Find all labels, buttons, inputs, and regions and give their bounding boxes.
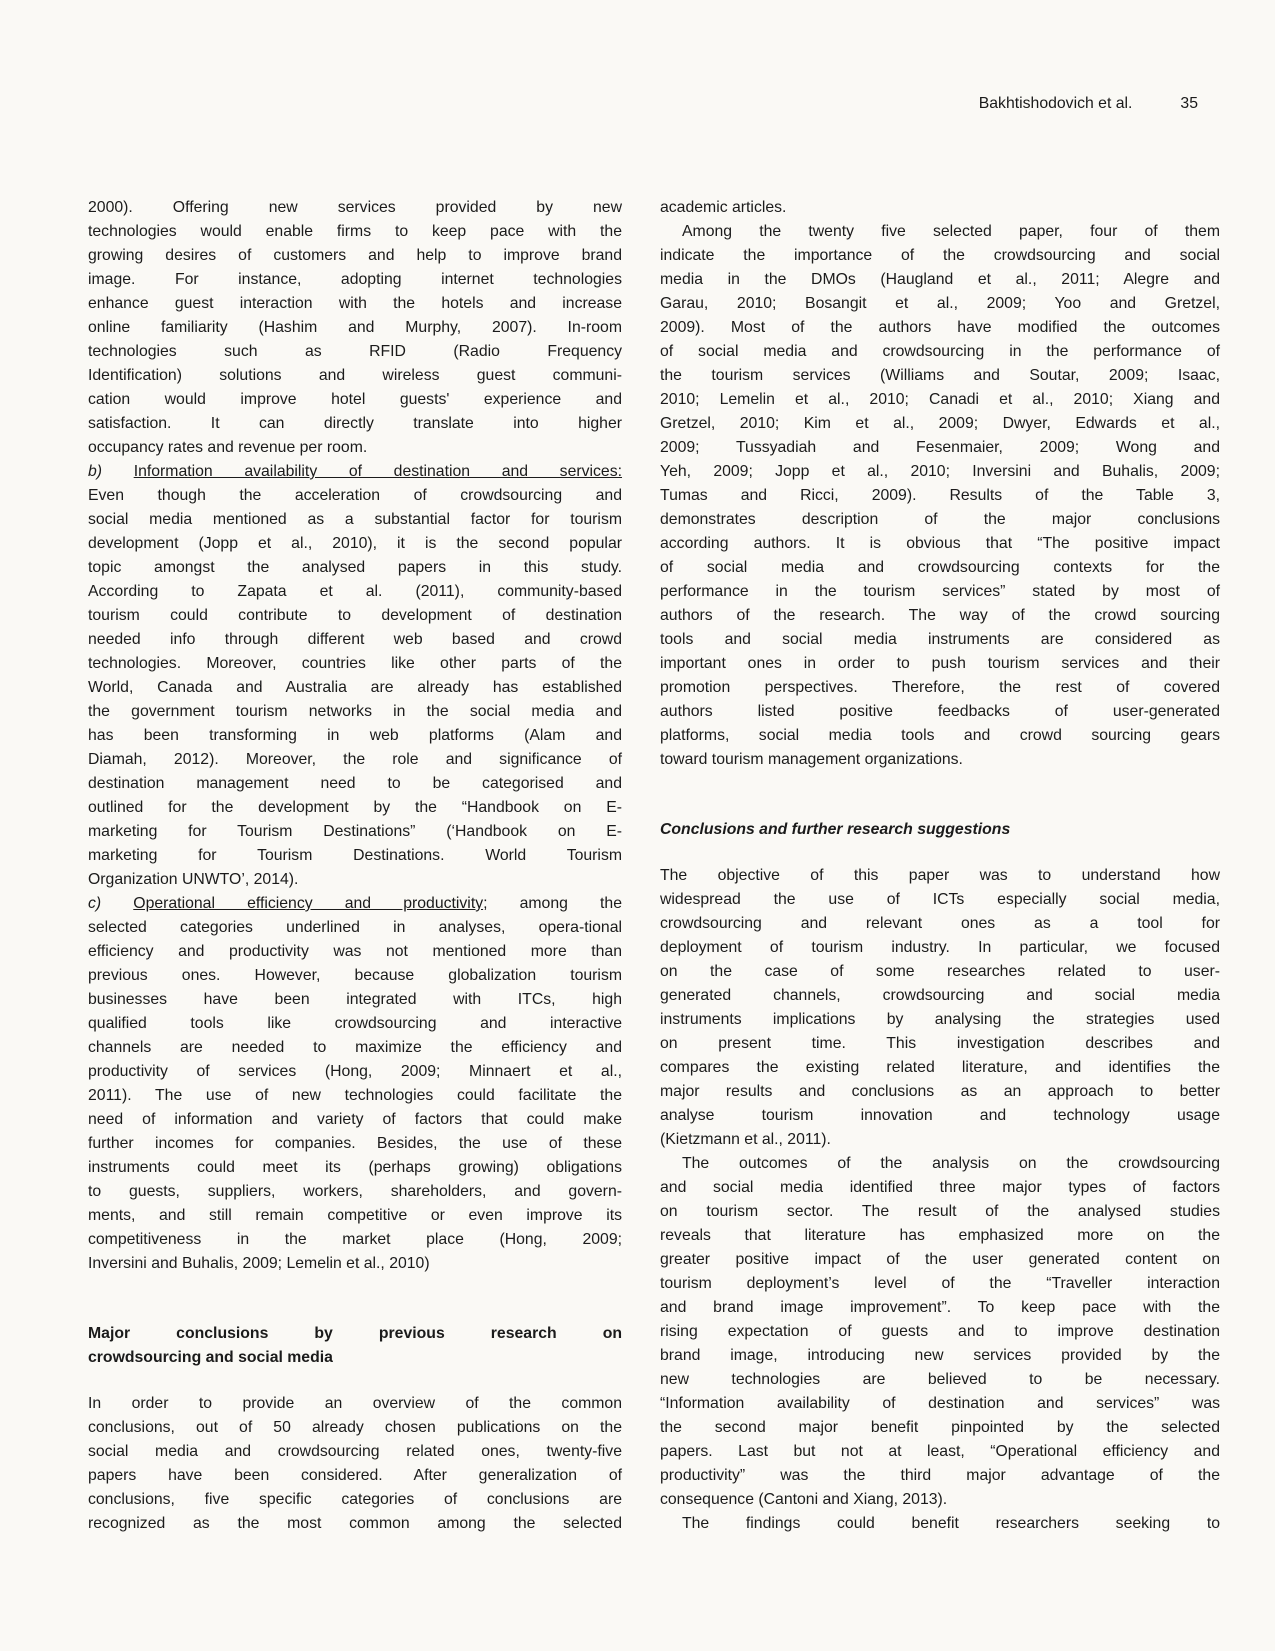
text-segment: Diamah, 2012). Moreover, the role and si… <box>88 751 622 768</box>
text-line: according authors. It is obvious that “T… <box>660 532 1220 556</box>
text-line: 2009). Most of the authors have modified… <box>660 316 1220 340</box>
text-segment: growing desires of customers and help to… <box>88 247 622 264</box>
text-segment: crowdsourcing and relevant ones as a too… <box>660 915 1220 932</box>
text-segment: on present time. This investigation desc… <box>660 1035 1220 1052</box>
text-segment: important ones in order to push tourism … <box>660 655 1220 672</box>
text-line: promotion perspectives. Therefore, the r… <box>660 676 1220 700</box>
text-segment: previous ones. However, because globaliz… <box>88 967 622 984</box>
text-segment: widespread the use of ICTs especially so… <box>660 891 1220 908</box>
text-line: important ones in order to push tourism … <box>660 652 1220 676</box>
text-segment: qualified tools like crowdsourcing and i… <box>88 1015 622 1032</box>
text-segment: and social media identified three major … <box>660 1179 1220 1196</box>
text-segment: of social media and crowdsourcing in the… <box>660 343 1220 360</box>
text-line: compares the existing related literature… <box>660 1056 1220 1080</box>
paragraph: The outcomes of the analysis on the crow… <box>660 1152 1220 1512</box>
text-segment: online familiarity (Hashim and Murphy, 2… <box>88 319 622 336</box>
text-segment: 2011). The use of new technologies could… <box>88 1087 622 1104</box>
text-segment: businesses have been integrated with ITC… <box>88 991 622 1008</box>
text-line: the second major benefit pinpointed by t… <box>660 1416 1220 1440</box>
text-segment: technologies such as RFID (Radio Frequen… <box>88 343 622 360</box>
text-line: The outcomes of the analysis on the crow… <box>660 1152 1220 1176</box>
text-line: competitiveness in the market place (Hon… <box>88 1228 622 1252</box>
text-segment: major results and conclusions as an appr… <box>660 1083 1220 1100</box>
text-line: of social media and crowdsourcing in the… <box>660 340 1220 364</box>
text-segment: promotion perspectives. Therefore, the r… <box>660 679 1220 696</box>
text-line: Even though the acceleration of crowdsou… <box>88 484 622 508</box>
text-line: Organization UNWTO’, 2014). <box>88 868 622 892</box>
text-line: 2011). The use of new technologies could… <box>88 1084 622 1108</box>
text-line: further incomes for companies. Besides, … <box>88 1132 622 1156</box>
text-segment: image. For instance, adopting internet t… <box>88 271 622 288</box>
text-line: destination management need to be catego… <box>88 772 622 796</box>
text-segment: performance in the tourism services” sta… <box>660 583 1220 600</box>
text-line: conclusions, five specific categories of… <box>88 1488 622 1512</box>
paragraph: The findings could benefit researchers s… <box>660 1512 1220 1536</box>
text-segment: social media mentioned as a substantial … <box>88 511 622 528</box>
text-line: major results and conclusions as an appr… <box>660 1080 1220 1104</box>
text-line: outlined for the development by the “Han… <box>88 796 622 820</box>
paragraph: 2000). Offering new services provided by… <box>88 196 622 460</box>
text-line: development (Jopp et al., 2010), it is t… <box>88 532 622 556</box>
right-column: academic articles.Among the twenty five … <box>660 196 1220 1536</box>
two-column-body: 2000). Offering new services provided by… <box>88 196 1220 1536</box>
text-segment: ments, and still remain competitive or e… <box>88 1207 622 1224</box>
text-line: greater positive impact of the user gene… <box>660 1248 1220 1272</box>
text-segment: the government tourism networks in the s… <box>88 703 622 720</box>
text-segment: technologies. Moreover, countries like o… <box>88 655 622 672</box>
text-segment: authors listed positive feedbacks of use… <box>660 703 1220 720</box>
text-segment: instruments could meet its (perhaps grow… <box>88 1159 622 1176</box>
text-line: businesses have been integrated with ITC… <box>88 988 622 1012</box>
text-segment: marketing for Tourism Destinations” (‘Ha… <box>88 823 622 840</box>
text-segment: of social media and crowdsourcing contex… <box>660 559 1220 576</box>
text-line: toward tourism management organizations. <box>660 748 1220 772</box>
text-segment: productivity of services (Hong, 2009; Mi… <box>88 1063 622 1080</box>
text-segment: Major conclusions by previous research o… <box>88 1325 622 1342</box>
text-segment: authors of the research. The way of the … <box>660 607 1220 624</box>
text-line: crowdsourcing and social media <box>88 1346 622 1370</box>
text-line: efficiency and productivity was not ment… <box>88 940 622 964</box>
text-line: authors of the research. The way of the … <box>660 604 1220 628</box>
text-segment: productivity” was the third major advant… <box>660 1467 1220 1484</box>
text-segment: the tourism services (Williams and Souta… <box>660 367 1220 384</box>
text-segment: topic amongst the analysed papers in thi… <box>88 559 622 576</box>
text-line: b) Information availability of destinati… <box>88 460 622 484</box>
text-line: performance in the tourism services” sta… <box>660 580 1220 604</box>
text-segment: papers have been considered. After gener… <box>88 1467 622 1484</box>
text-segment: reveals that literature has emphasized m… <box>660 1227 1220 1244</box>
text-segment: consequence (Cantoni and Xiang, 2013). <box>660 1491 947 1508</box>
text-segment: enhance guest interaction with the hotel… <box>88 295 622 312</box>
text-segment: demonstrates description of the major co… <box>660 511 1220 528</box>
text-line: enhance guest interaction with the hotel… <box>88 292 622 316</box>
text-segment: outlined for the development by the “Han… <box>88 799 622 816</box>
text-segment: Garau, 2010; Bosangit et al., 2009; Yoo … <box>660 295 1220 312</box>
text-segment: the second major benefit pinpointed by t… <box>660 1419 1220 1436</box>
text-line: productivity” was the third major advant… <box>660 1464 1220 1488</box>
text-line: technologies such as RFID (Radio Frequen… <box>88 340 622 364</box>
text-line: on the case of some researches related t… <box>660 960 1220 984</box>
text-line: Diamah, 2012). Moreover, the role and si… <box>88 748 622 772</box>
text-line: crowdsourcing and relevant ones as a too… <box>660 912 1220 936</box>
text-segment: (Kietzmann et al., 2011). <box>660 1131 831 1148</box>
paragraph: b) Information availability of destinati… <box>88 460 622 892</box>
text-line: image. For instance, adopting internet t… <box>88 268 622 292</box>
text-segment: crowdsourcing and social media <box>88 1349 333 1366</box>
text-segment: media in the DMOs (Haugland et al., 2011… <box>660 271 1220 288</box>
paragraph: In order to provide an overview of the c… <box>88 1392 622 1536</box>
text-segment: on tourism sector. The result of the ana… <box>660 1203 1220 1220</box>
text-line: rising expectation of guests and to impr… <box>660 1320 1220 1344</box>
text-line: to guests, suppliers, workers, sharehold… <box>88 1180 622 1204</box>
text-line: demonstrates description of the major co… <box>660 508 1220 532</box>
text-segment: recognized as the most common among the … <box>88 1515 622 1532</box>
text-line: tourism deployment’s level of the “Trave… <box>660 1272 1220 1296</box>
text-line: analyse tourism innovation and technolog… <box>660 1104 1220 1128</box>
text-line: growing desires of customers and help to… <box>88 244 622 268</box>
text-segment: to guests, suppliers, workers, sharehold… <box>88 1183 622 1200</box>
text-line: on present time. This investigation desc… <box>660 1032 1220 1056</box>
text-line: channels are needed to maximize the effi… <box>88 1036 622 1060</box>
text-line: Yeh, 2009; Jopp et al., 2010; Inversini … <box>660 460 1220 484</box>
text-segment: rising expectation of guests and to impr… <box>660 1323 1220 1340</box>
text-segment: 2009; Tussyadiah and Fesenmaier, 2009; W… <box>660 439 1220 456</box>
text-segment: and brand image improvement”. To keep pa… <box>660 1299 1220 1316</box>
text-line: “Information availability of destination… <box>660 1392 1220 1416</box>
text-segment: generated channels, crowdsourcing and so… <box>660 987 1220 1004</box>
left-column: 2000). Offering new services provided by… <box>88 196 622 1536</box>
text-line: Conclusions and further research suggest… <box>660 818 1220 842</box>
text-segment: according authors. It is obvious that “T… <box>660 535 1220 552</box>
text-line: authors listed positive feedbacks of use… <box>660 700 1220 724</box>
text-line: Tumas and Ricci, 2009). Results of the T… <box>660 484 1220 508</box>
text-line: 2009; Tussyadiah and Fesenmaier, 2009; W… <box>660 436 1220 460</box>
text-line: consequence (Cantoni and Xiang, 2013). <box>660 1488 1220 1512</box>
text-segment: development (Jopp et al., 2010), it is t… <box>88 535 622 552</box>
paragraph: c) Operational efficiency and productivi… <box>88 892 622 1276</box>
text-line: needed info through different web based … <box>88 628 622 652</box>
text-line: recognized as the most common among the … <box>88 1512 622 1536</box>
text-line: tools and social media instruments are c… <box>660 628 1220 652</box>
text-segment: Operational efficiency and productivity <box>133 895 483 912</box>
text-line: marketing for Tourism Destinations. Worl… <box>88 844 622 868</box>
text-segment: tourism could contribute to development … <box>88 607 622 624</box>
text-segment: channels are needed to maximize the effi… <box>88 1039 622 1056</box>
text-line: Identification) solutions and wireless g… <box>88 364 622 388</box>
text-segment: instruments implications by analysing th… <box>660 1011 1220 1028</box>
text-segment: The findings could benefit researchers s… <box>682 1515 1220 1532</box>
text-segment: efficiency and productivity was not ment… <box>88 943 622 960</box>
text-segment: Organization UNWTO’, 2014). <box>88 871 298 888</box>
text-segment: papers. Last but not at least, “Operatio… <box>660 1443 1220 1460</box>
text-segment: tools and social media instruments are c… <box>660 631 1220 648</box>
text-line: online familiarity (Hashim and Murphy, 2… <box>88 316 622 340</box>
text-line: indicate the importance of the crowdsour… <box>660 244 1220 268</box>
text-segment: social media and crowdsourcing related o… <box>88 1443 622 1460</box>
text-segment: deployment of tourism industry. In parti… <box>660 939 1220 956</box>
text-line: generated channels, crowdsourcing and so… <box>660 984 1220 1008</box>
text-line: ments, and still remain competitive or e… <box>88 1204 622 1228</box>
text-segment: c) <box>88 895 133 912</box>
text-line: and brand image improvement”. To keep pa… <box>660 1296 1220 1320</box>
text-segment: needed info through different web based … <box>88 631 622 648</box>
text-segment: satisfaction. It can directly translate … <box>88 415 622 432</box>
text-segment: need of information and variety of facto… <box>88 1111 622 1128</box>
text-line: brand image, introducing new services pr… <box>660 1344 1220 1368</box>
text-segment: compares the existing related literature… <box>660 1059 1220 1076</box>
text-segment: cation would improve hotel guests' exper… <box>88 391 622 408</box>
text-line: In order to provide an overview of the c… <box>88 1392 622 1416</box>
paragraph: academic articles. <box>660 196 1220 220</box>
text-segment: The outcomes of the analysis on the crow… <box>682 1155 1220 1172</box>
text-segment: Conclusions and further research suggest… <box>660 821 1010 838</box>
text-line: widespread the use of ICTs especially so… <box>660 888 1220 912</box>
text-segment: indicate the importance of the crowdsour… <box>660 247 1220 264</box>
text-line: conclusions, out of 50 already chosen pu… <box>88 1416 622 1440</box>
text-line: of social media and crowdsourcing contex… <box>660 556 1220 580</box>
text-line: Gretzel, 2010; Kim et al., 2009; Dwyer, … <box>660 412 1220 436</box>
text-line: papers. Last but not at least, “Operatio… <box>660 1440 1220 1464</box>
text-line: topic amongst the analysed papers in thi… <box>88 556 622 580</box>
text-line: 2000). Offering new services provided by… <box>88 196 622 220</box>
text-line: social media mentioned as a substantial … <box>88 508 622 532</box>
text-segment: ; among the <box>483 895 622 912</box>
text-segment: platforms, social media tools and crowd … <box>660 727 1220 744</box>
text-line: the government tourism networks in the s… <box>88 700 622 724</box>
text-segment: Tumas and Ricci, 2009). Results of the T… <box>660 487 1220 504</box>
text-segment: has been transforming in web platforms (… <box>88 727 622 744</box>
text-segment: analyse tourism innovation and technolog… <box>660 1107 1220 1124</box>
text-line: Inversini and Buhalis, 2009; Lemelin et … <box>88 1252 622 1276</box>
text-segment: greater positive impact of the user gene… <box>660 1251 1220 1268</box>
text-line: According to Zapata et al. (2011), commu… <box>88 580 622 604</box>
page-header: Bakhtishodovich et al. 35 <box>88 92 1220 116</box>
text-segment: According to Zapata et al. (2011), commu… <box>88 583 622 600</box>
text-line: technologies would enable firms to keep … <box>88 220 622 244</box>
text-line: (Kietzmann et al., 2011). <box>660 1128 1220 1152</box>
text-segment: b) <box>88 463 134 480</box>
text-line: the tourism services (Williams and Souta… <box>660 364 1220 388</box>
text-line: c) Operational efficiency and productivi… <box>88 892 622 916</box>
header-authors: Bakhtishodovich et al. <box>979 92 1133 116</box>
text-line: and social media identified three major … <box>660 1176 1220 1200</box>
text-line: technologies. Moreover, countries like o… <box>88 652 622 676</box>
text-line: productivity of services (Hong, 2009; Mi… <box>88 1060 622 1084</box>
text-segment: brand image, introducing new services pr… <box>660 1347 1220 1364</box>
text-segment: new technologies are believed to be nece… <box>660 1371 1220 1388</box>
text-segment: In order to provide an overview of the c… <box>88 1395 622 1412</box>
text-line: new technologies are believed to be nece… <box>660 1368 1220 1392</box>
text-segment: competitiveness in the market place (Hon… <box>88 1231 622 1248</box>
text-line: instruments could meet its (perhaps grow… <box>88 1156 622 1180</box>
text-segment: occupancy rates and revenue per room. <box>88 439 367 456</box>
text-segment: World, Canada and Australia are already … <box>88 679 622 696</box>
text-segment: Gretzel, 2010; Kim et al., 2009; Dwyer, … <box>660 415 1220 432</box>
text-segment: toward tourism management organizations. <box>660 751 963 768</box>
text-line: selected categories underlined in analys… <box>88 916 622 940</box>
text-segment: 2009). Most of the authors have modified… <box>660 319 1220 336</box>
header-page-number: 35 <box>1180 92 1198 116</box>
text-line: papers have been considered. After gener… <box>88 1464 622 1488</box>
text-line: Major conclusions by previous research o… <box>88 1322 622 1346</box>
paragraph: Among the twenty five selected paper, fo… <box>660 220 1220 772</box>
paragraph: The objective of this paper was to under… <box>660 864 1220 1152</box>
text-segment: academic articles. <box>660 199 786 216</box>
text-line: satisfaction. It can directly translate … <box>88 412 622 436</box>
text-line: on tourism sector. The result of the ana… <box>660 1200 1220 1224</box>
text-segment: conclusions, out of 50 already chosen pu… <box>88 1419 622 1436</box>
text-line: The objective of this paper was to under… <box>660 864 1220 888</box>
text-line: academic articles. <box>660 196 1220 220</box>
text-line: deployment of tourism industry. In parti… <box>660 936 1220 960</box>
text-line: World, Canada and Australia are already … <box>88 676 622 700</box>
text-segment: Among the twenty five selected paper, fo… <box>682 223 1220 240</box>
text-segment: conclusions, five specific categories of… <box>88 1491 622 1508</box>
text-line: 2010; Lemelin et al., 2010; Canadi et al… <box>660 388 1220 412</box>
text-segment: The objective of this paper was to under… <box>660 867 1220 884</box>
text-segment: Even though the acceleration of crowdsou… <box>88 487 622 504</box>
text-line: platforms, social media tools and crowd … <box>660 724 1220 748</box>
text-segment: selected categories underlined in analys… <box>88 919 622 936</box>
text-segment: 2010; Lemelin et al., 2010; Canadi et al… <box>660 391 1220 408</box>
text-segment: Yeh, 2009; Jopp et al., 2010; Inversini … <box>660 463 1220 480</box>
text-line: cation would improve hotel guests' exper… <box>88 388 622 412</box>
text-line: need of information and variety of facto… <box>88 1108 622 1132</box>
text-line: reveals that literature has emphasized m… <box>660 1224 1220 1248</box>
text-line: Among the twenty five selected paper, fo… <box>660 220 1220 244</box>
text-segment: Inversini and Buhalis, 2009; Lemelin et … <box>88 1255 430 1272</box>
text-segment: on the case of some researches related t… <box>660 963 1220 980</box>
text-line: tourism could contribute to development … <box>88 604 622 628</box>
text-line: qualified tools like crowdsourcing and i… <box>88 1012 622 1036</box>
text-segment: technologies would enable firms to keep … <box>88 223 622 240</box>
text-line: occupancy rates and revenue per room. <box>88 436 622 460</box>
text-line: Garau, 2010; Bosangit et al., 2009; Yoo … <box>660 292 1220 316</box>
text-line: media in the DMOs (Haugland et al., 2011… <box>660 268 1220 292</box>
text-line: marketing for Tourism Destinations” (‘Ha… <box>88 820 622 844</box>
section-heading: Conclusions and further research suggest… <box>660 818 1220 842</box>
text-segment: Information availability of destination … <box>134 463 622 480</box>
text-segment: destination management need to be catego… <box>88 775 622 792</box>
text-segment: “Information availability of destination… <box>660 1395 1220 1412</box>
text-line: previous ones. However, because globaliz… <box>88 964 622 988</box>
text-segment: 2000). Offering new services provided by… <box>88 199 622 216</box>
text-segment: marketing for Tourism Destinations. Worl… <box>88 847 622 864</box>
section-heading: Major conclusions by previous research o… <box>88 1322 622 1370</box>
text-segment: further incomes for companies. Besides, … <box>88 1135 622 1152</box>
text-segment: Identification) solutions and wireless g… <box>88 367 622 384</box>
text-line: has been transforming in web platforms (… <box>88 724 622 748</box>
text-line: instruments implications by analysing th… <box>660 1008 1220 1032</box>
text-line: social media and crowdsourcing related o… <box>88 1440 622 1464</box>
text-line: The findings could benefit researchers s… <box>660 1512 1220 1536</box>
paper-page: Bakhtishodovich et al. 35 2000). Offerin… <box>0 0 1275 1651</box>
text-segment: tourism deployment’s level of the “Trave… <box>660 1275 1220 1292</box>
